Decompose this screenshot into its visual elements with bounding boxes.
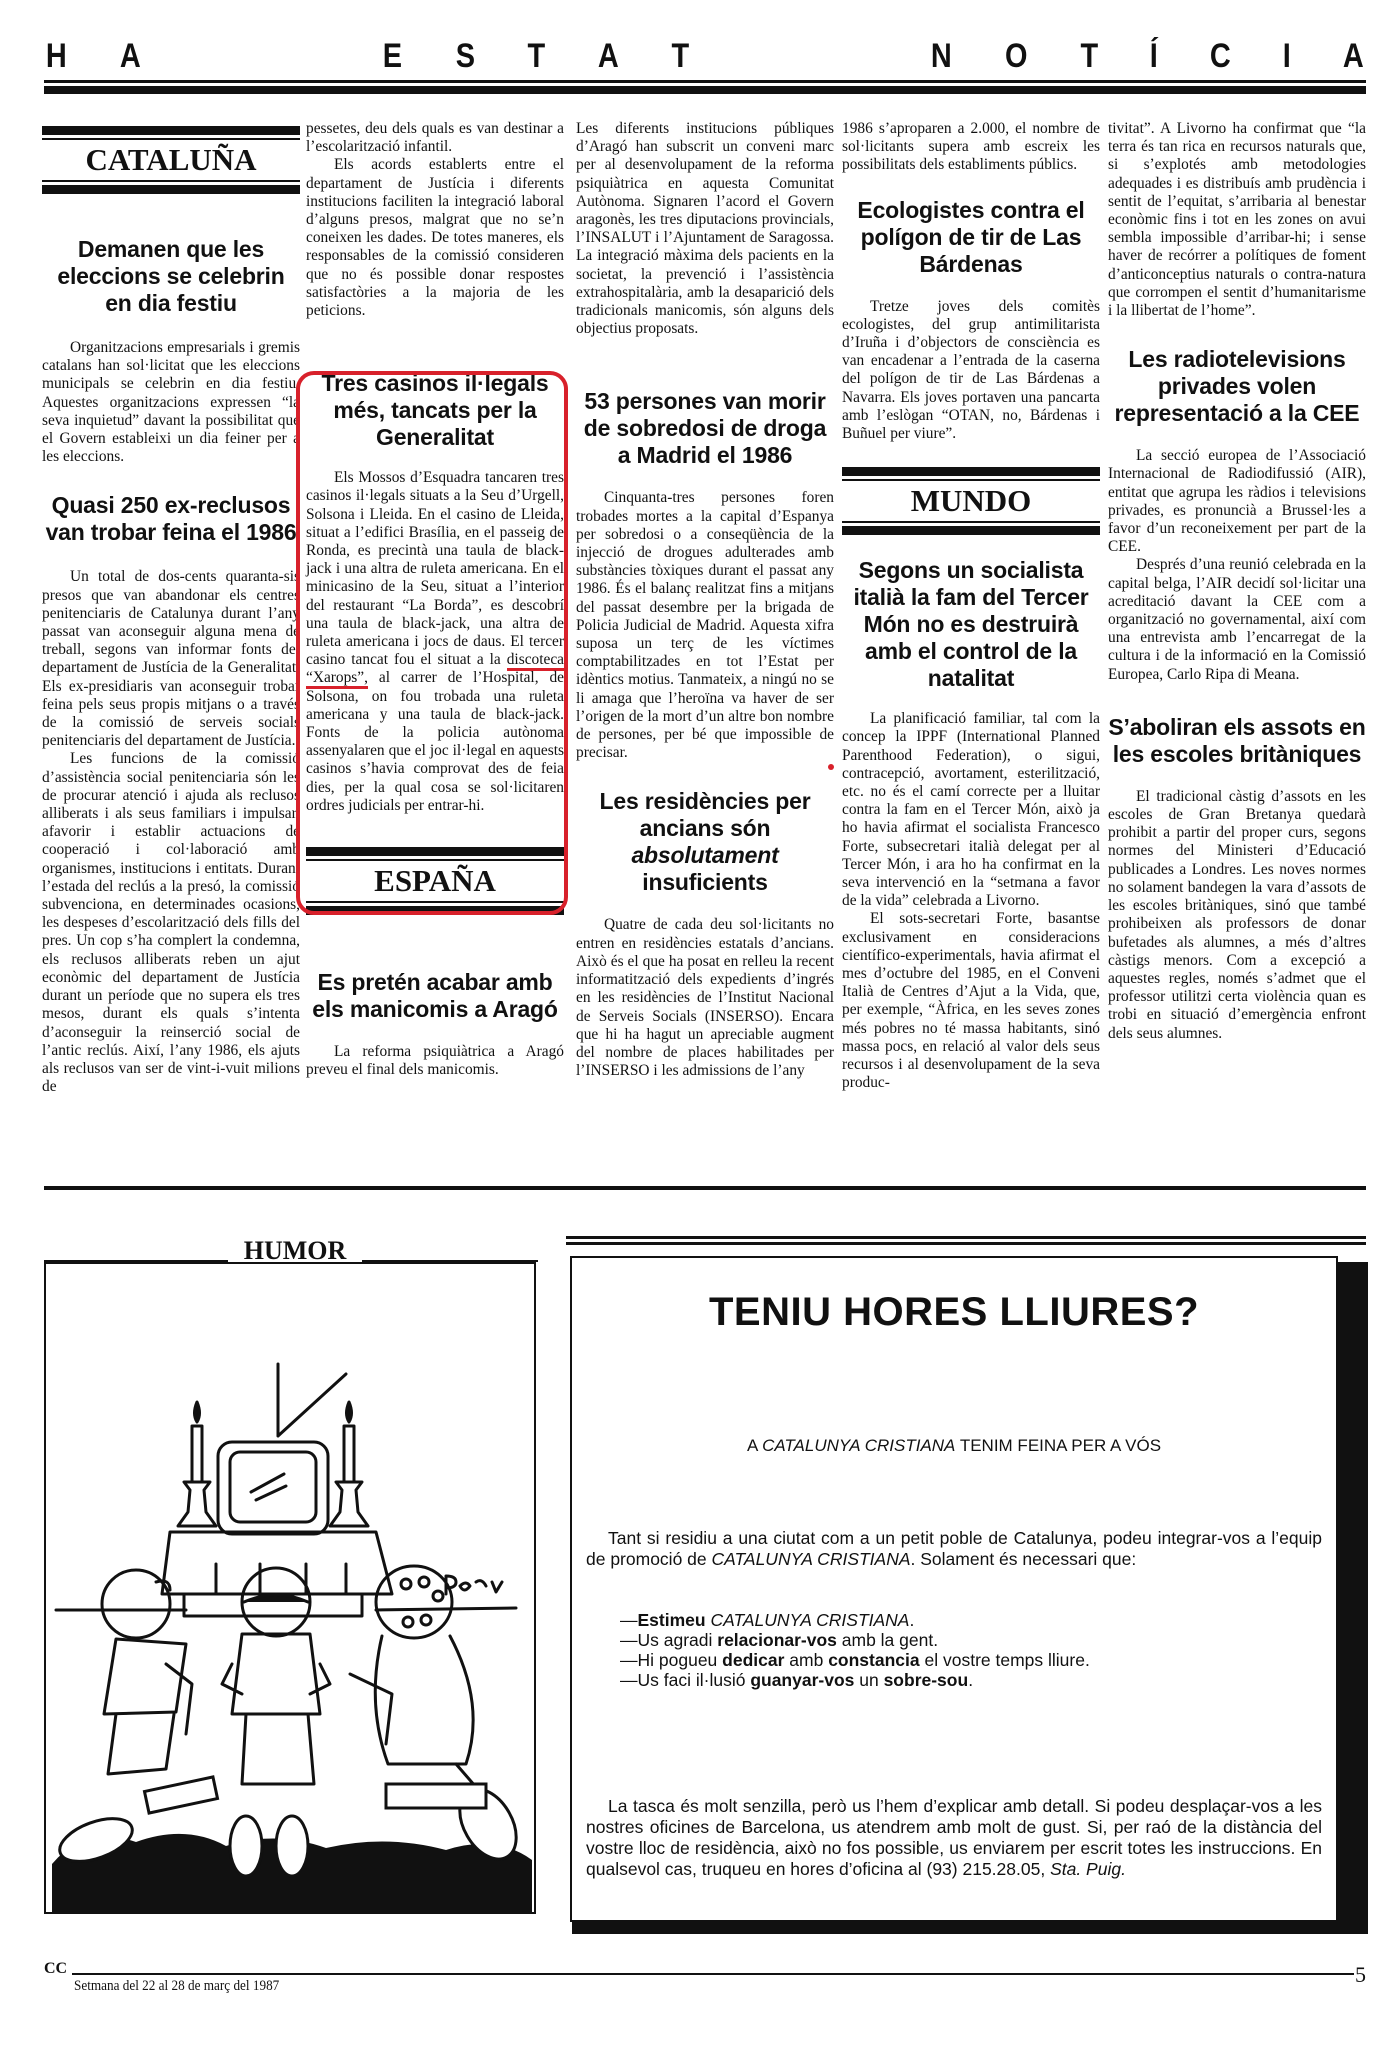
- paragraph: pessetes, deu dels quals es van destinar…: [306, 120, 564, 156]
- advert-title: TENIU HORES LLIURES?: [572, 1290, 1336, 1335]
- masthead-letter: H: [46, 37, 67, 76]
- section-header-cataluna: CATALUÑA: [42, 126, 300, 194]
- red-highlight-box: [296, 371, 568, 915]
- paragraph: Els acords establerts entre el departame…: [306, 156, 564, 320]
- masthead-letter: C: [1210, 37, 1231, 76]
- paragraph: Un total de dos-cents quaranta-sis preso…: [42, 568, 300, 750]
- paragraph: tivitat”. A Livorno ha confirmat que “la…: [1108, 120, 1366, 320]
- column-1: CATALUÑA Demanen que les eleccions se ce…: [42, 120, 300, 1096]
- masthead-letter: S: [455, 37, 474, 76]
- headline: 53 persones van morir de sobredosi de dr…: [576, 388, 834, 469]
- masthead-letter: A: [598, 37, 619, 76]
- article-body: La reforma psiquiàtrica a Aragó preveu e…: [306, 1043, 564, 1079]
- masthead-letter: E: [383, 37, 402, 76]
- advert-subtitle: A CATALUNYA CRISTIANA TENIM FEINA PER A …: [572, 1436, 1336, 1456]
- headline: Es pretén acabar amb els manicomis a Ara…: [306, 969, 564, 1023]
- column-3: Les diferents institucions públiques d’A…: [576, 120, 834, 1080]
- paragraph: El tradicional càstig d’assots en les es…: [1108, 788, 1366, 1043]
- section-title: CATALUÑA: [42, 140, 300, 180]
- masthead-letter: A: [1343, 37, 1364, 76]
- headline: Ecologistes contra el polígon de tir de …: [842, 197, 1100, 278]
- column-4: 1986 s’aproparen a 2.000, el nombre de s…: [842, 120, 1100, 1093]
- article-body: Cinquanta-tres persones foren trobades m…: [576, 489, 834, 762]
- article-body-continued: pessetes, deu dels quals es van destinar…: [306, 120, 564, 320]
- paragraph: Les funcions de la comissió d’assistènci…: [42, 750, 300, 1096]
- list-item: —Us faci il·lusió guanyar-vos un sobre-s…: [620, 1670, 1090, 1690]
- divider: [44, 1186, 1366, 1190]
- article-body: Tretze joves dels comitès ecologistes, d…: [842, 298, 1100, 444]
- column-5: tivitat”. A Livorno ha confirmat que “la…: [1108, 120, 1366, 1043]
- cartoon-illustration: [46, 1264, 536, 1914]
- paragraph: Després d’una reunió celebrada en la cap…: [1108, 556, 1366, 683]
- advert-box: TENIU HORES LLIURES? A CATALUNYA CRISTIA…: [570, 1256, 1338, 1922]
- article-body-continued: Les diferents institucions públiques d’A…: [576, 120, 834, 338]
- headline: Segons un socialista italià la fam del T…: [842, 557, 1100, 692]
- masthead-letter: T: [671, 37, 689, 76]
- list-item: —Hi pogueu dedicar amb constancia el vos…: [620, 1650, 1090, 1670]
- advert-top-rule: [566, 1236, 1366, 1245]
- list-item: —Estimeu CATALUNYA CRISTIANA.: [620, 1610, 1090, 1630]
- paragraph: La secció europea de l’Associació Intern…: [1108, 447, 1366, 556]
- masthead-letter: N: [931, 37, 952, 76]
- paragraph: El sots-secretari Forte, basantse exclus…: [842, 910, 1100, 1092]
- headline: Demanen que les eleccions se celebrin en…: [42, 236, 300, 317]
- masthead-letter: T: [527, 37, 545, 76]
- advert-shadow: [1336, 1262, 1368, 1930]
- masthead-letter: Í: [1150, 37, 1158, 76]
- masthead-letter: A: [120, 37, 141, 76]
- paragraph: 1986 s’aproparen a 2.000, el nombre de s…: [842, 120, 1100, 175]
- publication-logo: CC: [44, 1962, 70, 1996]
- footer-rule: [72, 1973, 1354, 1975]
- paragraph: Organitzacions empresarials i gremis cat…: [42, 339, 300, 466]
- section-title: MUNDO: [842, 481, 1100, 521]
- masthead-letter: I: [1283, 37, 1291, 76]
- advert-closing: La tasca és molt senzilla, però us l’hem…: [586, 1796, 1322, 1880]
- paragraph: Quatre de cada deu sol·licitants no entr…: [576, 916, 834, 1080]
- headline: Les residències per ancians són absoluta…: [576, 788, 834, 896]
- article-body: La secció europea de l’Associació Intern…: [1108, 447, 1366, 684]
- headline: S’aboliran els assots en les escoles bri…: [1108, 714, 1366, 768]
- article-body-continued: 1986 s’aproparen a 2.000, el nombre de s…: [842, 120, 1100, 175]
- section-header-mundo: MUNDO: [842, 467, 1100, 535]
- paragraph: La reforma psiquiàtrica a Aragó preveu e…: [306, 1043, 564, 1079]
- masthead: H A E S T A T N O T Í C I A: [44, 36, 1366, 76]
- issue-date: Setmana del 22 al 28 de març del 1987: [74, 1978, 279, 1995]
- headline: Quasi 250 ex-reclusos van trobar feina e…: [42, 492, 300, 546]
- page-number: 5: [1355, 1962, 1366, 1988]
- article-body: Un total de dos-cents quaranta-sis preso…: [42, 568, 300, 1096]
- article-body: La planificació familiar, tal com la con…: [842, 710, 1100, 1092]
- masthead-rule: [44, 80, 1366, 94]
- cartoon-panel: [44, 1262, 536, 1914]
- paragraph: Cinquanta-tres persones foren trobades m…: [576, 489, 834, 762]
- red-dot-annotation: [828, 764, 834, 770]
- masthead-letter: T: [1081, 37, 1099, 76]
- advert-requirements-list: —Estimeu CATALUNYA CRISTIANA. —Us agradi…: [620, 1610, 1090, 1690]
- advert-intro: Tant si residiu a una ciutat com a un pe…: [586, 1528, 1322, 1570]
- paragraph: Tretze joves dels comitès ecologistes, d…: [842, 298, 1100, 444]
- article-body: Quatre de cada deu sol·licitants no entr…: [576, 916, 834, 1080]
- headline: Les radiotelevisions privades volen repr…: [1108, 346, 1366, 427]
- paragraph: Les diferents institucions públiques d’A…: [576, 120, 834, 338]
- article-body-continued: tivitat”. A Livorno ha confirmat que “la…: [1108, 120, 1366, 320]
- list-item: —Us agradi relacionar-vos amb la gent.: [620, 1630, 1090, 1650]
- masthead-letter: O: [1005, 37, 1027, 76]
- article-body: Organitzacions empresarials i gremis cat…: [42, 339, 300, 466]
- paragraph: La planificació familiar, tal com la con…: [842, 710, 1100, 910]
- footer: CC Setmana del 22 al 28 de març del 1987…: [44, 1962, 1366, 2002]
- article-body: El tradicional càstig d’assots en les es…: [1108, 788, 1366, 1043]
